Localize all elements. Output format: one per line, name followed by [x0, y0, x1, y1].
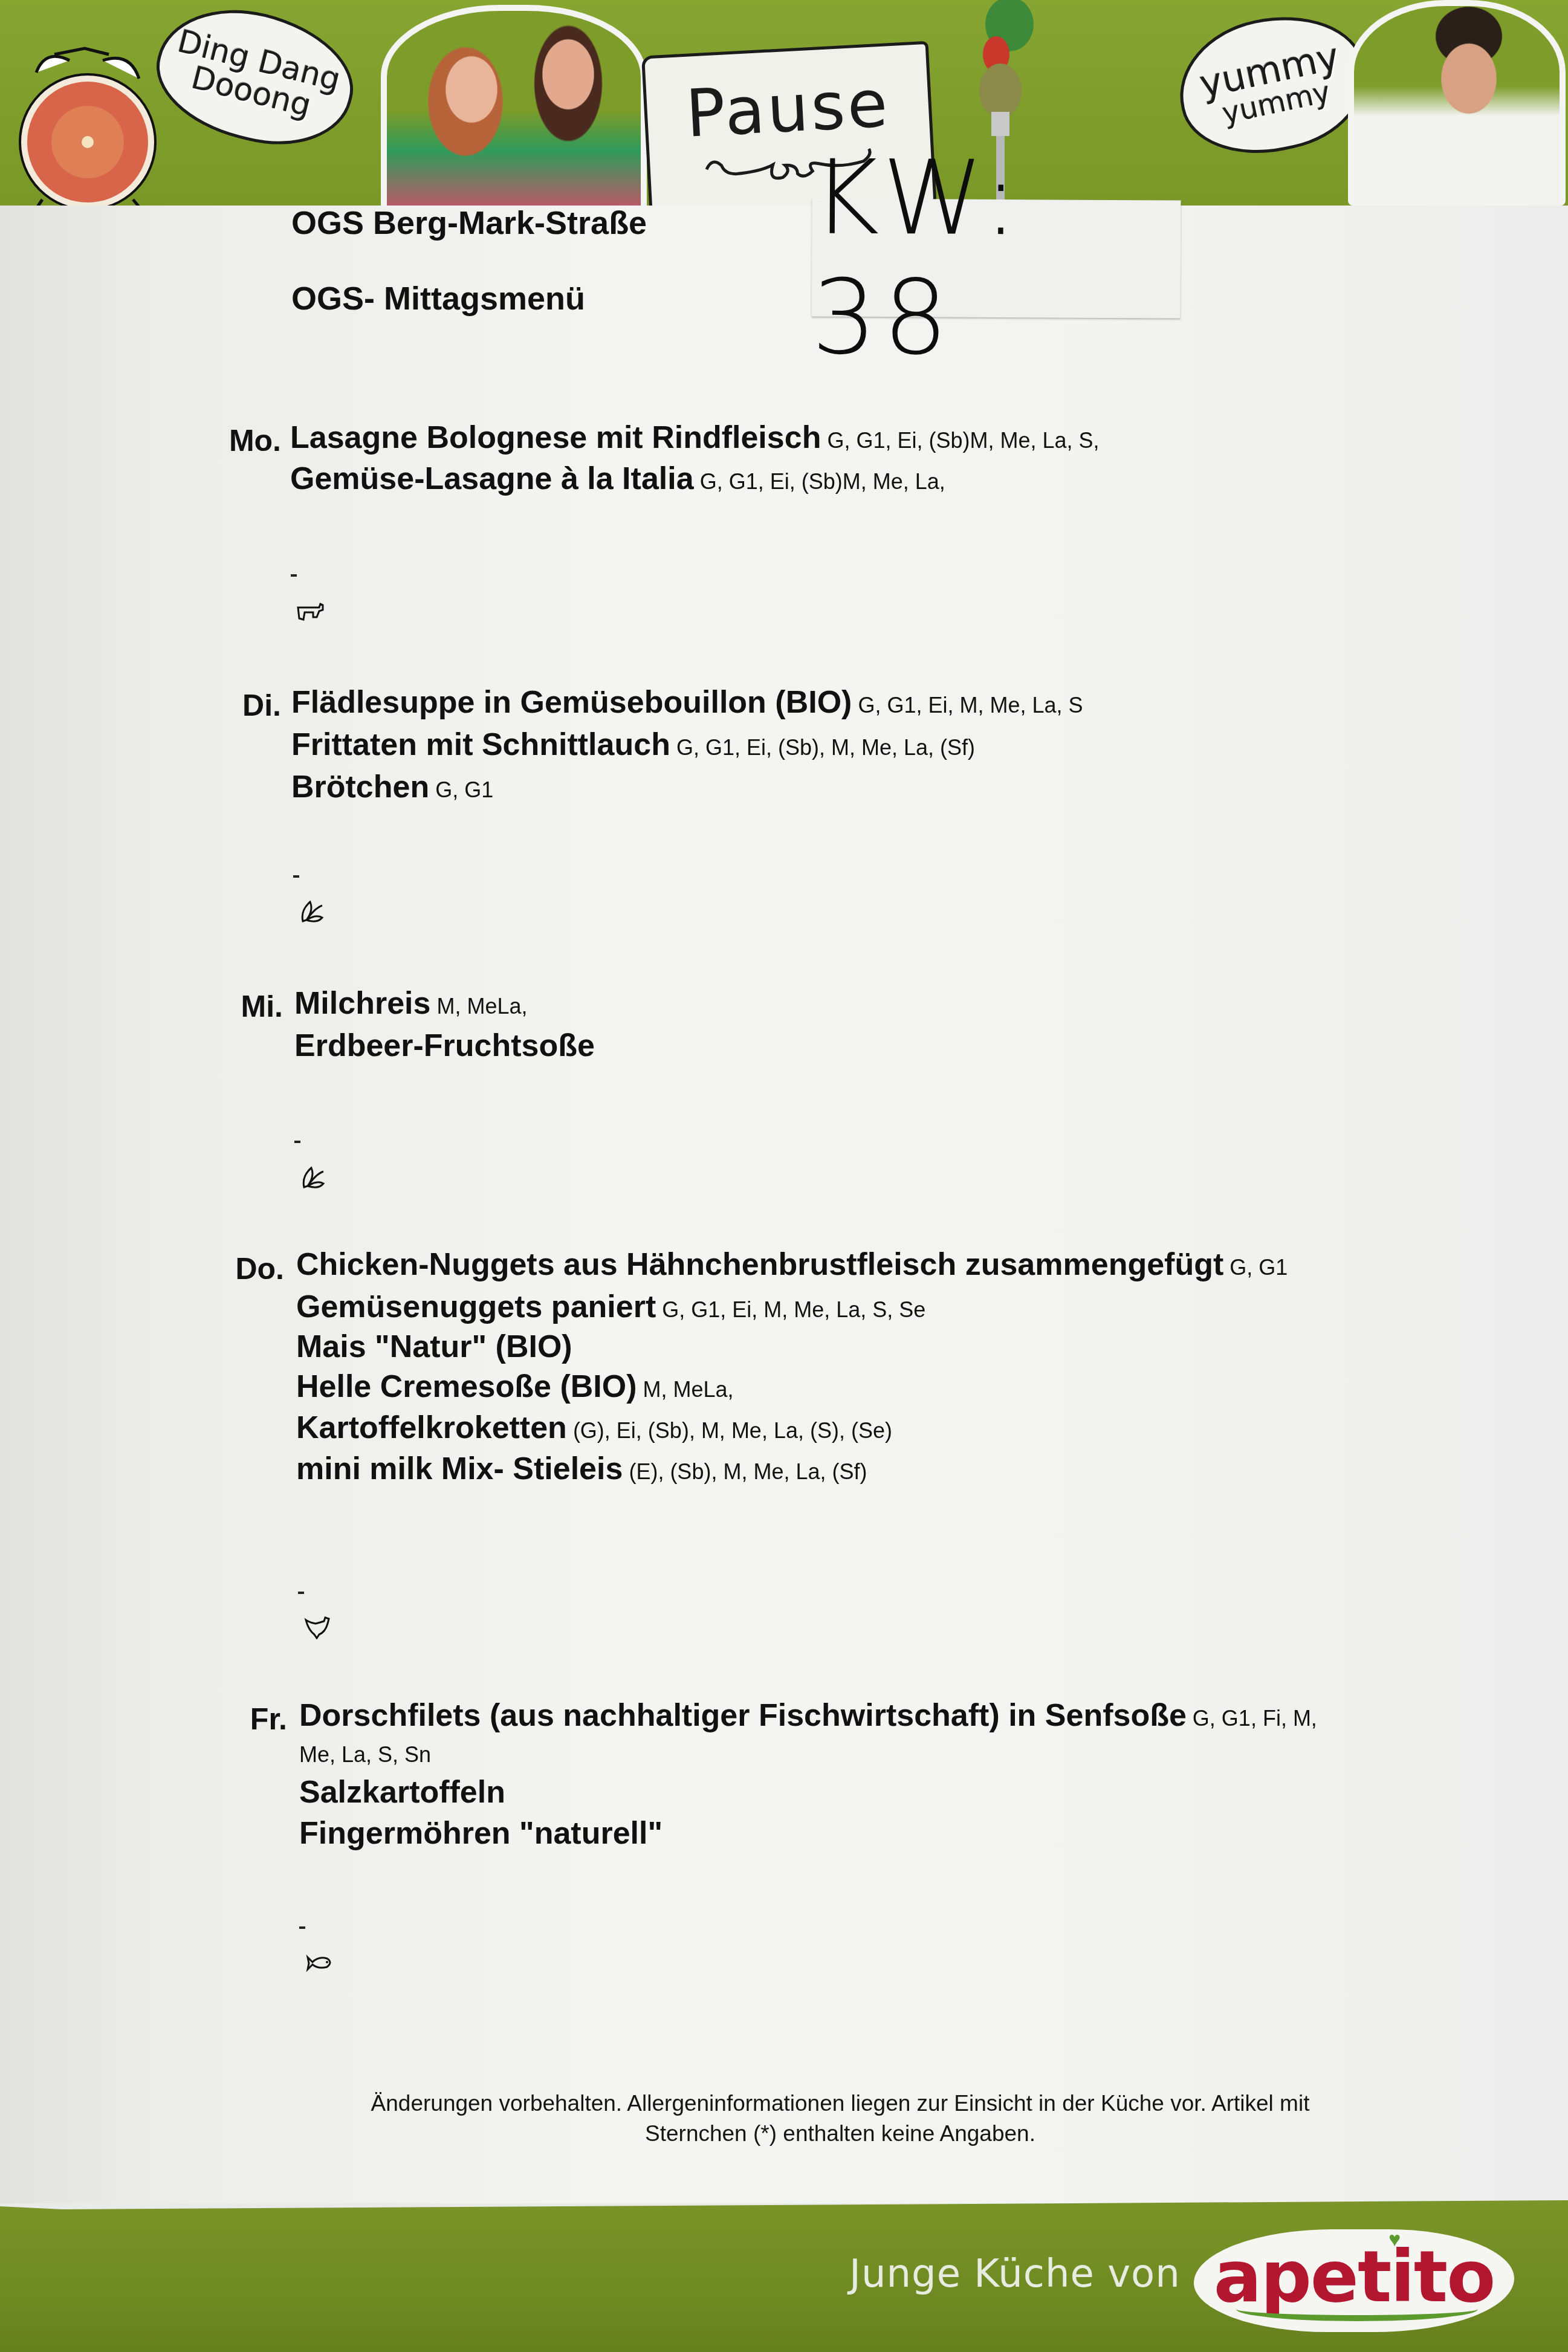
dish-allergens-continued: Me, La, S, Sn [299, 1742, 431, 1767]
dish-item: Helle Cremesoße (BIO)M, MeLa, [296, 1369, 734, 1405]
dish-item: Chicken-Nuggets aus Hähnchenbrustfleisch… [296, 1246, 1288, 1283]
dish-name: Frittaten mit Schnittlauch [291, 727, 670, 762]
day-label: Di. [215, 688, 281, 723]
menu-title: OGS- Mittagsmenü [291, 280, 585, 317]
dish-name: Mais "Natur" (BIO) [296, 1329, 572, 1364]
speech-bubble-ding-dang: Ding Dang Dooong [143, 0, 366, 163]
dish-item: mini milk Mix- Stieleis(E), (Sb), M, Me,… [296, 1451, 867, 1487]
alarm-clock-icon [12, 36, 163, 212]
dish-item: Flädlesuppe in Gemüsebouillon (BIO)G, G1… [291, 684, 1083, 721]
dash-separator [291, 574, 297, 577]
dish-item: Dorschfilets (aus nachhaltiger Fischwirt… [299, 1697, 1317, 1734]
dish-allergens: M, MeLa, [436, 994, 527, 1019]
dish-item: Gemüse-Lasagne à la ItaliaG, G1, Ei, (Sb… [290, 461, 945, 497]
dish-allergens: M, MeLa, [643, 1377, 734, 1402]
menu-paper [0, 206, 1568, 2203]
dish-allergens: G, G1, Ei, M, Me, La, S, Se [662, 1297, 925, 1322]
dish-name: Lasagne Bolognese mit Rindfleisch [290, 420, 821, 455]
dash-separator [298, 1592, 304, 1594]
dish-name: Gemüsenuggets paniert [296, 1289, 656, 1324]
dish-allergens: (G), Ei, (Sb), M, Me, La, (S), (Se) [573, 1418, 892, 1443]
dish-allergens: G, G1 [1229, 1255, 1288, 1280]
header-banner: Ding Dang Dooong Pause yummy yummy [0, 0, 1568, 206]
dish-allergens: G, G1, Ei, (Sb), M, Me, La, (Sf) [676, 735, 975, 760]
dish-name: Dorschfilets (aus nachhaltiger Fischwirt… [299, 1698, 1187, 1733]
day-label: Do. [218, 1251, 284, 1286]
dish-item: Salzkartoffeln [299, 1774, 505, 1810]
apetito-logo: ♥ apetito [1194, 2229, 1514, 2332]
dish-name: Fingermöhren "naturell" [299, 1816, 663, 1851]
photo-two-girls [381, 5, 647, 210]
dish-name: Chicken-Nuggets aus Hähnchenbrustfleisch… [296, 1247, 1223, 1282]
swoosh-decoration [1236, 2297, 1478, 2321]
dash-separator [294, 1141, 300, 1143]
dish-name: Kartoffelkroketten [296, 1410, 567, 1445]
fish-icon [305, 1951, 334, 1975]
dish-name: Flädlesuppe in Gemüsebouillon (BIO) [291, 685, 852, 720]
leaf-icon [299, 899, 328, 924]
dish-item: MilchreisM, MeLa, [294, 985, 527, 1022]
allergen-disclaimer: Änderungen vorbehalten. Allergeninformat… [296, 2088, 1384, 2149]
dish-name: mini milk Mix- Stieleis [296, 1451, 623, 1486]
dish-name: Milchreis [294, 986, 430, 1021]
disclaimer-line1: Änderungen vorbehalten. Allergeninformat… [296, 2088, 1384, 2119]
dish-allergens: G, G1, Fi, M, [1193, 1706, 1317, 1731]
dish-allergens: G, G1, Ei, M, Me, La, S [858, 693, 1083, 718]
dish-item: Gemüsenuggets paniertG, G1, Ei, M, Me, L… [296, 1289, 925, 1325]
cow-icon [296, 601, 325, 626]
dish-item: Fingermöhren "naturell" [299, 1815, 663, 1851]
disclaimer-line2: Sternchen (*) enthalten keine Angaben. [296, 2119, 1384, 2149]
dish-name: Brötchen [291, 769, 429, 805]
dish-name: Gemüse-Lasagne à la Italia [290, 461, 694, 496]
heart-icon: ♥ [1388, 2228, 1401, 2252]
day-label: Fr. [221, 1702, 287, 1737]
day-label: Mi. [216, 989, 283, 1024]
dish-name: Erdbeer-Fruchtsoße [294, 1028, 595, 1063]
footer-tagline: Junge Küche von [849, 2252, 1181, 2296]
dish-item: Frittaten mit SchnittlauchG, G1, Ei, (Sb… [291, 727, 975, 763]
dish-item: Kartoffelkroketten(G), Ei, (Sb), M, Me, … [296, 1410, 892, 1446]
dish-item: Erdbeer-Fruchtsoße [294, 1028, 595, 1064]
dish-name: Salzkartoffeln [299, 1775, 505, 1810]
leaf-icon [300, 1165, 329, 1190]
chicken-icon [303, 1615, 332, 1639]
location-title: OGS Berg-Mark-Straße [291, 204, 647, 242]
dish-name: Helle Cremesoße (BIO) [296, 1369, 637, 1404]
dish-item: BrötchenG, G1 [291, 769, 493, 805]
dash-separator [293, 875, 299, 878]
day-label: Mo. [215, 423, 281, 458]
dish-allergens: G, G1, Ei, (Sb)M, Me, La, [700, 469, 945, 494]
dish-item: Mais "Natur" (BIO) [296, 1329, 572, 1365]
speech-bubble-yummy: yummy yummy [1167, 0, 1378, 169]
week-number-tag: KW: 38 [811, 198, 1181, 318]
photo-boy-thumbs-up [1348, 0, 1566, 206]
dish-allergens: G, G1, Ei, (Sb)M, Me, La, S, [827, 428, 1099, 453]
dish-item: Lasagne Bolognese mit RindfleischG, G1, … [290, 420, 1100, 456]
dish-allergens: (E), (Sb), M, Me, La, (Sf) [629, 1459, 867, 1484]
dash-separator [299, 1926, 305, 1929]
dish-allergens: G, G1 [435, 777, 493, 802]
